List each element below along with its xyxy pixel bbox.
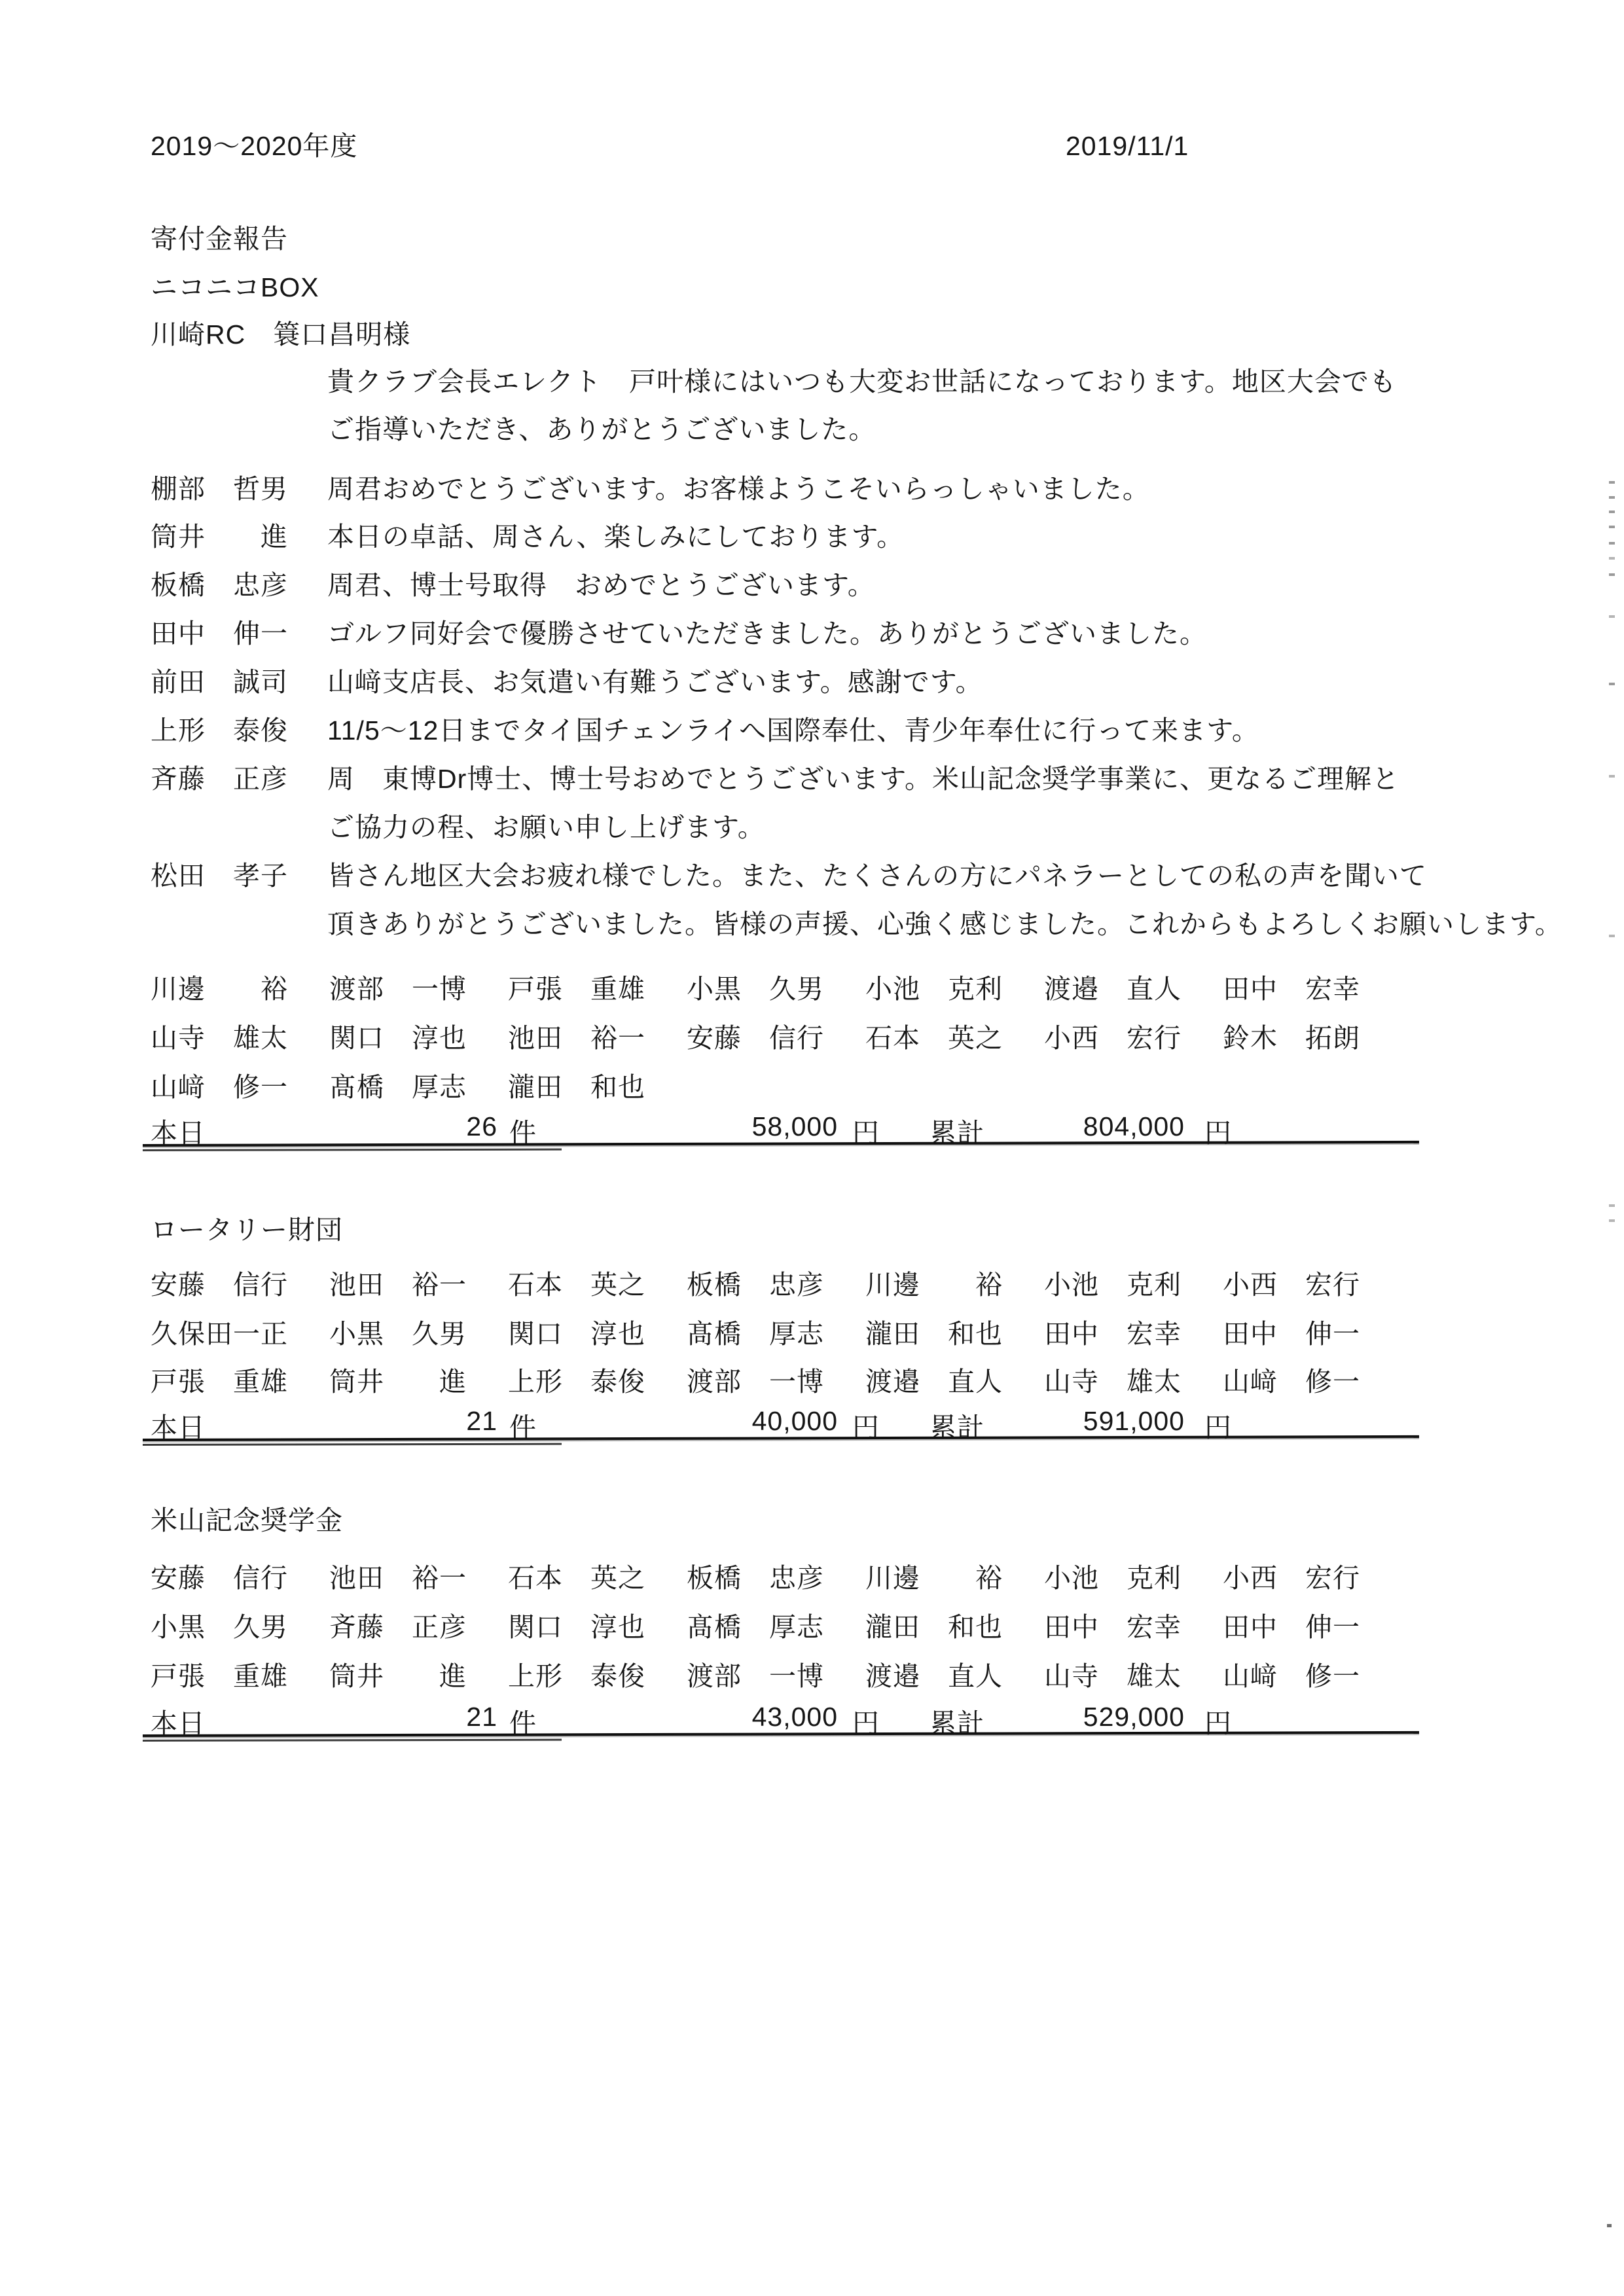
scan-artifact: [1609, 481, 1615, 484]
member-name-row: 久保田一正小黒 久男関口 淳也髙橋 厚志瀧田 和也田中 宏幸田中 伸一: [0, 1312, 1624, 1352]
member-name: 渡邉 直人: [865, 1360, 1003, 1399]
member-name: 久保田一正: [151, 1312, 288, 1351]
member-name: 山寺 雄太: [151, 1016, 288, 1055]
section-divider-line-shadow: [143, 1739, 562, 1742]
member-name: 石本 英之: [508, 1556, 645, 1595]
member-name: 安藤 信行: [151, 1263, 288, 1302]
member-name: 山寺 雄太: [1044, 1655, 1182, 1693]
cumulative-amount: 591,000: [1001, 1406, 1185, 1437]
section-heading-yoneyama: 米山記念奨学金: [151, 1505, 343, 1535]
donor-name: 斉藤 正彦: [151, 764, 288, 794]
member-name-row: 山寺 雄太関口 淳也池田 裕一安藤 信行石本 英之小西 宏行鈴木 拓朗: [0, 1016, 1624, 1056]
member-name: 池田 裕一: [508, 1016, 645, 1055]
scan-artifact: [1609, 526, 1615, 528]
member-name: 関口 淳也: [329, 1016, 467, 1055]
member-name: 瀧田 和也: [865, 1312, 1003, 1351]
member-name: 筒井 進: [329, 1655, 467, 1693]
section-divider-line-shadow: [143, 1149, 562, 1151]
scan-artifact: [1609, 615, 1615, 618]
member-name: 渡部 一博: [687, 1360, 824, 1399]
member-name-row: 安藤 信行池田 裕一石本 英之板橋 忠彦川邊 裕小池 克利小西 宏行: [0, 1556, 1624, 1596]
member-name: 川邊 裕: [151, 967, 288, 1006]
member-name: 小池 克利: [865, 967, 1003, 1006]
member-name: 瀧田 和也: [865, 1605, 1003, 1644]
member-name: 山﨑 修一: [1223, 1655, 1360, 1693]
member-name: 関口 淳也: [508, 1312, 645, 1351]
donor-message: 11/5～12日までタイ国チェンライへ国際奉仕、青少年奉仕に行って来ます。: [327, 715, 1259, 745]
member-name-row: 川邊 裕渡部 一博戸張 重雄小黒 久男小池 克利渡邉 直人田中 宏幸: [0, 967, 1624, 1007]
donor-message: 皆さん地区大会お疲れ様でした。また、たくさんの方にパネラーとしての私の声を聞いて: [327, 861, 1427, 891]
scan-artifact: [1609, 1204, 1615, 1207]
donor-message: 周君おめでとうございます。お客様ようこそいらっしゃいました。: [327, 474, 1150, 504]
member-name: 石本 英之: [508, 1263, 645, 1302]
donor-message-continued: ご協力の程、お願い申し上げます。: [327, 812, 765, 842]
member-name: 田中 宏幸: [1044, 1312, 1182, 1351]
scan-artifact: [1609, 1219, 1615, 1222]
member-name-row: 小黒 久男斉藤 正彦関口 淳也髙橋 厚志瀧田 和也田中 宏幸田中 伸一: [0, 1605, 1624, 1645]
cumulative-amount: 529,000: [1001, 1702, 1185, 1732]
member-name: 山寺 雄太: [1044, 1360, 1182, 1399]
member-name: 小西 宏行: [1044, 1016, 1182, 1055]
member-name: 上形 泰俊: [508, 1360, 645, 1399]
section-divider-line-shadow: [143, 1443, 562, 1446]
total-amount: 58,000: [648, 1111, 838, 1142]
scan-artifact: [1609, 542, 1615, 545]
member-name: 川邊 裕: [865, 1556, 1003, 1595]
member-name: 小黒 久男: [687, 967, 824, 1006]
member-name: 小池 克利: [1044, 1556, 1182, 1595]
page-title: 寄付金報告: [151, 224, 288, 254]
member-name: 渡部 一博: [329, 967, 467, 1006]
member-name: 石本 英之: [865, 1016, 1003, 1055]
section-heading-nikoniko-box: ニコニコBOX: [151, 272, 319, 302]
donor-message: 山﨑支店長、お気遣い有難うございます。感謝です。: [327, 667, 983, 697]
member-name: 関口 淳也: [508, 1605, 645, 1644]
member-name: 板橋 忠彦: [687, 1556, 824, 1595]
donor-message: 周 東博Dr博士、博士号おめでとうございます。米山記念奨学事業に、更なるご理解と: [327, 764, 1399, 794]
donor-name: 板橋 忠彦: [151, 570, 288, 600]
total-count: 26: [393, 1111, 497, 1142]
member-name: 田中 伸一: [1223, 1312, 1360, 1351]
member-name: 山﨑 修一: [1223, 1360, 1360, 1399]
scan-artifact: [1607, 2224, 1612, 2227]
member-name: 小西 宏行: [1223, 1263, 1360, 1302]
member-name: 上形 泰俊: [508, 1655, 645, 1693]
member-name: 小池 克利: [1044, 1263, 1182, 1302]
member-name: 板橋 忠彦: [687, 1263, 824, 1302]
member-name: 安藤 信行: [151, 1556, 288, 1595]
member-name: 髙橋 厚志: [329, 1066, 467, 1104]
member-name: 髙橋 厚志: [687, 1312, 824, 1351]
member-name: 渡部 一博: [687, 1655, 824, 1693]
member-name-row: 安藤 信行池田 裕一石本 英之板橋 忠彦川邊 裕小池 克利小西 宏行: [0, 1263, 1624, 1302]
guest-donor-line: 川崎RC 簑口昌明様: [151, 319, 410, 350]
scan-artifact: [1609, 557, 1615, 560]
donor-message: ゴルフ同好会で優勝させていただきました。ありがとうございました。: [327, 619, 1207, 649]
scan-artifact: [1609, 496, 1615, 499]
total-count: 21: [393, 1406, 497, 1437]
member-name: 渡邉 直人: [865, 1655, 1003, 1693]
donor-name: 田中 伸一: [151, 619, 288, 649]
cumulative-amount-unit: 円: [1204, 1111, 1232, 1150]
member-name: 戸張 重雄: [151, 1655, 288, 1693]
member-name: 山﨑 修一: [151, 1066, 288, 1104]
member-name: 戸張 重雄: [151, 1360, 288, 1399]
cumulative-amount-unit: 円: [1204, 1702, 1232, 1740]
member-name-row: 山﨑 修一髙橋 厚志瀧田 和也: [0, 1066, 1624, 1105]
donor-name: 松田 孝子: [151, 861, 288, 891]
member-name: 小西 宏行: [1223, 1556, 1360, 1595]
member-name: 筒井 進: [329, 1360, 467, 1399]
cumulative-amount-unit: 円: [1204, 1406, 1232, 1444]
member-name: 瀧田 和也: [508, 1066, 645, 1104]
member-name-row: 戸張 重雄筒井 進上形 泰俊渡部 一博渡邉 直人山寺 雄太山﨑 修一: [0, 1655, 1624, 1694]
scan-artifact: [1609, 573, 1615, 576]
member-name: 田中 宏幸: [1223, 967, 1360, 1006]
member-name: 斉藤 正彦: [329, 1605, 467, 1644]
member-name: 小黒 久男: [151, 1605, 288, 1644]
scan-artifact: [1609, 511, 1615, 513]
donor-message-continued: 頂きありがとうございました。皆様の声援、心強く感じました。これからもよろしくお願…: [327, 909, 1562, 939]
member-name: 田中 宏幸: [1044, 1605, 1182, 1644]
member-name: 池田 裕一: [329, 1556, 467, 1595]
total-amount: 40,000: [648, 1406, 838, 1437]
member-name: 小黒 久男: [329, 1312, 467, 1351]
member-name: 池田 裕一: [329, 1263, 467, 1302]
donation-report-page: 2019～2020年度 2019/11/1 寄付金報告 ニコニコBOX 川崎RC…: [0, 0, 1624, 2296]
cumulative-amount: 804,000: [1001, 1111, 1185, 1142]
guest-message-line-2: ご指導いただき、ありがとうございました。: [327, 414, 876, 444]
donor-name: 前田 誠司: [151, 667, 288, 697]
member-name: 田中 伸一: [1223, 1605, 1360, 1644]
member-name-row: 戸張 重雄筒井 進上形 泰俊渡部 一博渡邉 直人山寺 雄太山﨑 修一: [0, 1360, 1624, 1399]
report-date: 2019/11/1: [1066, 131, 1189, 161]
section-heading-rotary-foundation: ロータリー財団: [151, 1215, 343, 1245]
member-name: 川邊 裕: [865, 1263, 1003, 1302]
donor-name: 上形 泰俊: [151, 715, 288, 745]
donor-message: 本日の卓話、周さん、楽しみにしております。: [327, 522, 904, 552]
donor-name: 筒井 進: [151, 522, 288, 552]
scan-artifact: [1609, 935, 1615, 937]
guest-message-line-1: 貴クラブ会長エレクト 戸叶様にはいつも大変お世話になっております。地区大会でも: [327, 367, 1397, 397]
member-name: 渡邉 直人: [1044, 967, 1182, 1006]
total-amount: 43,000: [648, 1702, 838, 1732]
scan-artifact: [1609, 683, 1615, 685]
fiscal-term: 2019～2020年度: [151, 131, 357, 161]
scan-artifact: [1609, 775, 1615, 778]
member-name: 鈴木 拓朗: [1223, 1016, 1360, 1055]
donor-name: 棚部 哲男: [151, 474, 288, 504]
member-name: 髙橋 厚志: [687, 1605, 824, 1644]
donor-message: 周君、博士号取得 おめでとうございます。: [327, 570, 875, 600]
total-count: 21: [393, 1702, 497, 1732]
member-name: 戸張 重雄: [508, 967, 645, 1006]
member-name: 安藤 信行: [687, 1016, 824, 1055]
